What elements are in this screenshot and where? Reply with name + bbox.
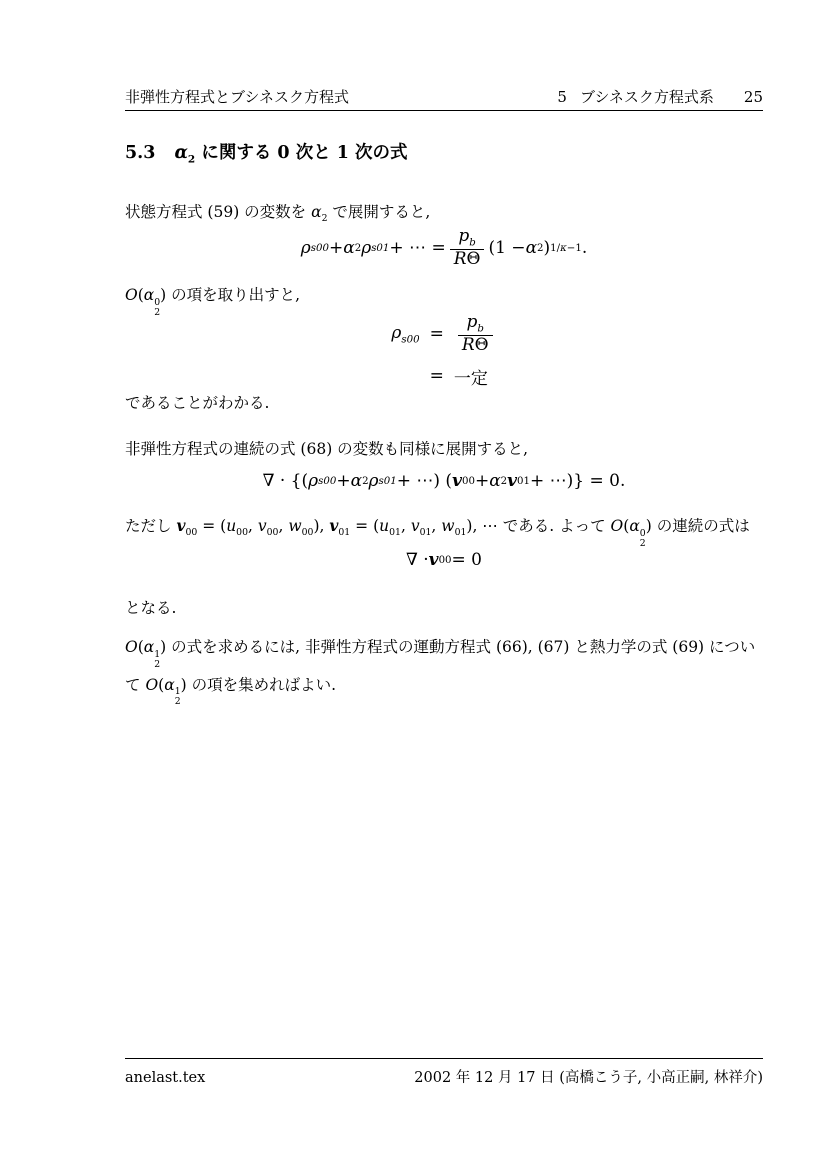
- math-token: (1 −: [488, 238, 525, 258]
- math-token: =: [430, 324, 444, 344]
- math-token: の連続の式は: [652, 517, 750, 535]
- math-token: .: [582, 238, 587, 258]
- math-token: ), ⋯ である. よって: [466, 517, 610, 535]
- header-rule: [125, 110, 763, 111]
- section-heading: 5.3α2 に関する 0 次と 1 次の式: [125, 139, 763, 165]
- math-token: u: [226, 517, 236, 535]
- math-token: α: [526, 238, 537, 258]
- math-token: ,: [401, 517, 411, 535]
- aligned-equation-block: ρs00 = pbRΘ = 一定: [391, 313, 496, 389]
- math-token: b: [477, 323, 484, 334]
- math-token: 00: [185, 527, 197, 538]
- math-token: w: [441, 517, 454, 535]
- math-token: = (: [197, 517, 226, 535]
- math-token: 01: [420, 527, 432, 538]
- math-token: の式を求めるには, 非弾性方程式の運動方程式 (66), (67) と熱力学の式…: [166, 638, 755, 656]
- math-token: −1: [567, 243, 582, 254]
- math-token: ): [544, 238, 551, 258]
- math-token: ,: [431, 517, 441, 535]
- math-token: p: [467, 312, 478, 332]
- math-token: O: [125, 286, 138, 304]
- math-token: s00: [311, 243, 329, 254]
- math-token: s00: [401, 334, 419, 345]
- math-token: α: [164, 676, 174, 694]
- math-token: + ⋯)} = 0.: [530, 471, 625, 491]
- math-token: α: [144, 638, 154, 656]
- equation-rho-constant: ρs00 = pbRΘ = 一定: [125, 313, 763, 389]
- math-token: α: [311, 203, 321, 221]
- paragraph-continuity-intro: 非弾性方程式の連続の式 (68) の変数も同様に展開すると,: [125, 434, 767, 465]
- math-token: R: [462, 335, 475, 355]
- math-token: 00: [267, 527, 279, 538]
- math-token: +: [329, 238, 343, 258]
- math-token: 01: [389, 527, 401, 538]
- math-token: R: [454, 249, 467, 269]
- math-token: +: [475, 471, 489, 491]
- footer-rule: [125, 1058, 763, 1059]
- math-token: ρ: [308, 471, 318, 491]
- header-right-group: 5 ブシネスク方程式系 25: [557, 86, 763, 107]
- math-token: κ: [560, 243, 567, 254]
- footer-date-authors: 2002 年 12 月 17 日 (高橋こう子, 小高正嗣, 林祥介): [414, 1066, 763, 1087]
- header-document-title: 非弾性方程式とブシネスク方程式: [125, 86, 349, 107]
- math-token: ρ: [361, 238, 371, 258]
- math-token: O: [611, 517, 624, 535]
- fraction-denominator: RΘ: [450, 249, 485, 270]
- math-token: α: [174, 143, 187, 163]
- math-token: α: [144, 286, 154, 304]
- paragraph-conclusion-constant: であることがわかる.: [125, 388, 767, 419]
- math-token: の項を集めればよい.: [187, 676, 336, 694]
- fraction-numerator: pb: [454, 227, 479, 249]
- math-token: 01: [455, 527, 467, 538]
- math-token: +: [336, 471, 350, 491]
- page-header: 非弾性方程式とブシネスク方程式 5 ブシネスク方程式系 25: [125, 86, 763, 107]
- fraction: pbRΘ: [458, 313, 493, 356]
- math-token: + ⋯) (: [397, 471, 452, 491]
- paragraph-first-order-instructions: O(α12) の式を求めるには, 非弾性方程式の運動方程式 (66), (67)…: [125, 632, 767, 707]
- header-section-number: 5: [557, 88, 567, 106]
- math-token: ただし: [125, 517, 176, 535]
- math-token: u: [379, 517, 389, 535]
- math-token: Θ: [467, 249, 481, 269]
- math-token: O: [145, 676, 158, 694]
- equation-state-expansion: ρs00 + α2ρs01 + ⋯ = pbRΘ(1 − α2)1/κ −1 .: [125, 227, 763, 270]
- page-number: 25: [744, 88, 763, 106]
- math-token: v: [411, 517, 420, 535]
- paragraph-velocity-definitions: ただし v00 = (u00, v00, w00), v01 = (u01, v…: [125, 510, 767, 549]
- math-token: = (: [350, 517, 379, 535]
- math-token: ρ: [301, 238, 311, 258]
- math-token: Θ: [475, 335, 489, 355]
- footer-filename: anelast.tex: [125, 1070, 205, 1086]
- subscript: 2: [640, 539, 646, 549]
- math-token: 00: [302, 527, 314, 538]
- math-token: α: [351, 471, 362, 491]
- math-token: 01: [338, 527, 350, 538]
- math-token: =: [430, 366, 444, 386]
- math-token: α: [629, 517, 639, 535]
- fraction-denominator: RΘ: [458, 335, 493, 356]
- math-token: 状態方程式 (59) の変数を: [125, 203, 311, 221]
- math-token: で展開すると,: [328, 203, 431, 221]
- math-token: v: [507, 471, 517, 491]
- math-token: ρ: [391, 323, 401, 343]
- fraction-numerator: pb: [463, 313, 488, 335]
- math-token: 非弾性方程式の連続の式 (68) の変数も同様に展開すると,: [125, 440, 528, 458]
- equation-divergence-free: ∇ · v00 = 0: [125, 550, 763, 570]
- document-page: 非弾性方程式とブシネスク方程式 5 ブシネスク方程式系 25 5.3α2 に関す…: [0, 0, 826, 1169]
- math-token: ∇ · {(: [263, 471, 309, 491]
- math-token: ),: [313, 517, 329, 535]
- math-token: v: [429, 550, 439, 570]
- section-heading-number: 5.3: [125, 143, 155, 163]
- math-token: s01: [379, 476, 397, 487]
- math-token: となる.: [125, 599, 176, 617]
- math-token: 00: [462, 476, 475, 487]
- math-token: であることがわかる.: [125, 394, 269, 412]
- math-token: ,: [248, 517, 258, 535]
- math-token: s00: [318, 476, 336, 487]
- math-token: 01: [517, 476, 530, 487]
- equation-continuity-expansion: ∇ · {(ρs00 + α2ρs01 + ⋯) (v00 + α2v01 + …: [125, 471, 763, 491]
- fraction: pbRΘ: [450, 227, 485, 270]
- section-heading-title: α2 に関する 0 次と 1 次の式: [174, 143, 407, 163]
- math-token: の項を取り出すと,: [166, 286, 300, 304]
- math-token: s01: [371, 243, 389, 254]
- math-token: 00: [236, 527, 248, 538]
- math-token: p: [458, 226, 469, 246]
- paragraph-result: となる.: [125, 593, 767, 624]
- math-token: て: [125, 676, 145, 694]
- math-token: 一定: [454, 369, 488, 389]
- math-token: α: [343, 238, 354, 258]
- page-footer: anelast.tex 2002 年 12 月 17 日 (高橋こう子, 小高正…: [125, 1066, 763, 1087]
- math-token: ∇ ·: [406, 550, 429, 570]
- header-section-title: ブシネスク方程式系: [580, 86, 714, 107]
- subscript: 2: [175, 697, 181, 707]
- math-token: ρ: [369, 471, 379, 491]
- math-token: 00: [439, 555, 452, 566]
- math-token: b: [469, 237, 476, 248]
- math-token: v: [258, 517, 267, 535]
- math-token: に関する 0 次と 1 次の式: [195, 143, 407, 163]
- math-token: 1/: [550, 243, 560, 254]
- math-token: O: [125, 638, 138, 656]
- math-token: + ⋯ =: [389, 238, 445, 258]
- math-token: v: [452, 471, 462, 491]
- math-token: w: [288, 517, 301, 535]
- math-token: α: [489, 471, 500, 491]
- subscript: 2: [154, 660, 160, 670]
- math-token: ,: [278, 517, 288, 535]
- math-token: = 0: [452, 550, 482, 570]
